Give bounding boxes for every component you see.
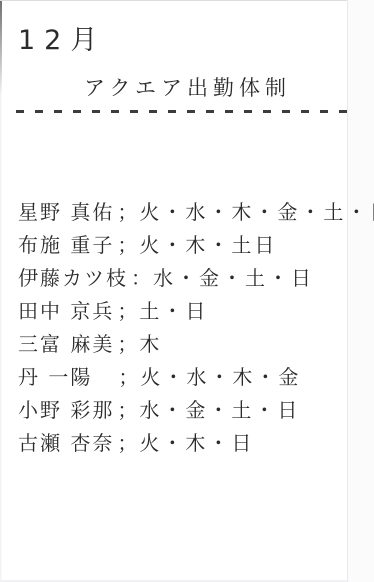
handwritten-note-page: 12月 アクエア出勤体制 星野 真佑；火・水・木・金・土・日 布施 重子；火・木…	[0, 0, 374, 582]
staff-name: 三富 麻美	[18, 332, 114, 356]
name-days-separator: ；	[117, 431, 137, 455]
staff-name: 伊藤カツ枝	[18, 266, 128, 290]
schedule-row: 丹 一陽；火・水・木・金	[18, 361, 366, 394]
work-days: 火・水・木・金	[140, 365, 301, 389]
dashed-divider	[16, 110, 354, 113]
schedule-row: 伊藤カツ枝：水・金・土・日	[18, 262, 366, 295]
staff-name: 古瀬 杏奈	[18, 431, 114, 455]
work-days: 水・金・土・日	[139, 398, 300, 422]
work-days: 火・木・土日	[139, 233, 277, 257]
staff-name: 星野 真佑	[18, 200, 114, 224]
name-days-separator: ；	[117, 200, 137, 224]
work-days: 火・水・木・金・土・日	[139, 200, 374, 224]
schedule-row: 古瀬 杏奈；火・木・日	[18, 427, 366, 460]
schedule-list: 星野 真佑；火・水・木・金・土・日 布施 重子；火・木・土日 伊藤カツ枝：水・金…	[18, 196, 366, 460]
page-left-edge-shadow	[0, 0, 2, 95]
name-days-separator: ；	[117, 233, 137, 257]
work-days: 木	[139, 332, 162, 356]
staff-name: 田中 京兵	[18, 299, 114, 323]
staff-name: 小野 彩那	[18, 398, 114, 422]
schedule-row: 小野 彩那；水・金・土・日	[18, 394, 366, 427]
staff-name: 布施 重子	[18, 233, 114, 257]
schedule-row: 星野 真佑；火・水・木・金・土・日	[18, 196, 366, 229]
month-heading: 12月	[18, 18, 106, 57]
work-days: 火・木・日	[139, 431, 254, 455]
work-days: 水・金・土・日	[153, 266, 314, 290]
name-days-separator: ；	[117, 299, 137, 323]
name-days-separator: ：	[131, 266, 151, 290]
page-title: アクエア出勤体制	[84, 72, 291, 102]
staff-name: 丹 一陽	[18, 365, 92, 389]
work-days: 土・日	[139, 299, 208, 323]
name-days-separator: ；	[117, 332, 137, 356]
name-days-separator: ；	[118, 365, 138, 389]
schedule-row: 田中 京兵；土・日	[18, 295, 366, 328]
schedule-row: 三富 麻美；木	[18, 328, 366, 361]
name-days-separator: ；	[117, 398, 137, 422]
page-top-edge	[0, 0, 374, 1]
schedule-row: 布施 重子；火・木・土日	[18, 229, 366, 262]
